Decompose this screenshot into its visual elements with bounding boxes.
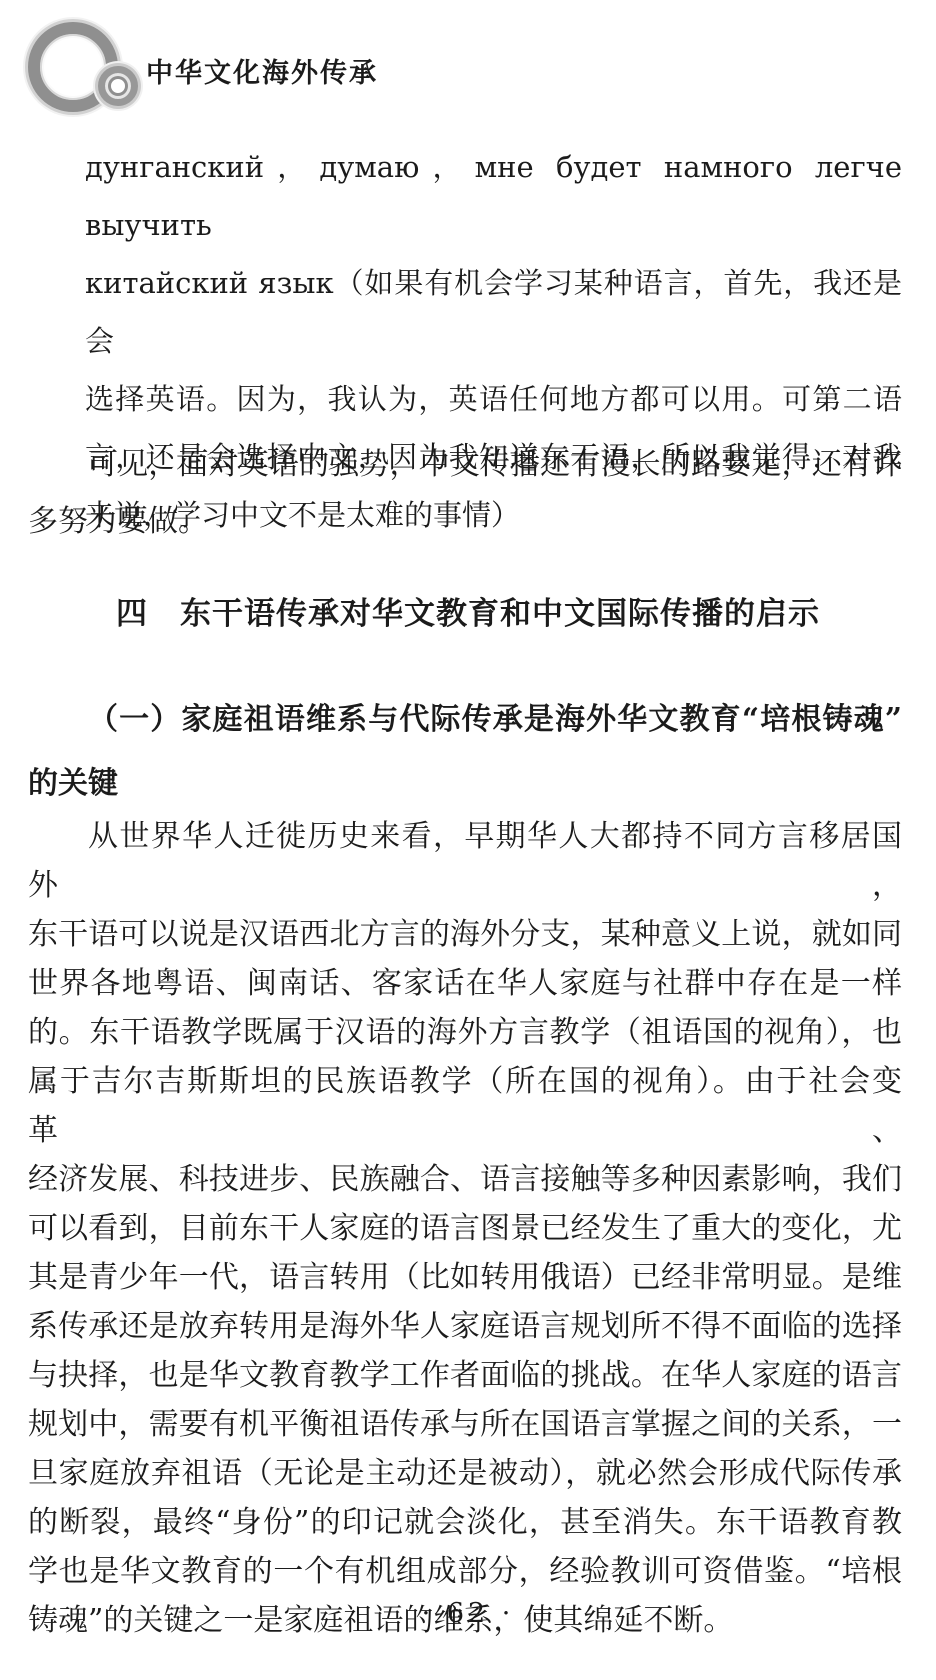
text-line: 从世界华人迁徙历史来看，早期华人大都持不同方言移居国外， [28,812,902,910]
text-line: 经济发展、科技进步、民族融合、语言接触等多种因素影响，我们 [28,1155,902,1204]
text-line: китайский язык（如果有机会学习某种语言，首先，我还是会 [85,254,902,370]
text-line: 与抉择，也是华文教育教学工作者面临的挑战。在华人家庭的语言 [28,1351,902,1400]
text-line: 可见，面对英语的强势，中文传播还有漫长的路要走，还有许 [28,436,902,493]
text-line: 世界各地粤语、闽南话、客家话在华人家庭与社群中存在是一样 [28,959,902,1008]
book-title: 中华文化海外传承 [146,51,378,90]
text-line: 属于吉尔吉斯斯坦的民族语教学（所在国的视角）。由于社会变革、 [28,1057,902,1155]
text-line: 可以看到，目前东干人家庭的语言图景已经发生了重大的变化，尤 [28,1204,902,1253]
text-line: 其是青少年一代，语言转用（比如转用俄语）已经非常明显。是维 [28,1253,902,1302]
text-line: 的。东干语教学既属于汉语的海外方言教学（祖语国的视角），也 [28,1008,902,1057]
text-line: 的关键 [28,752,902,816]
text-line: 规划中，需要有机平衡祖语传承与所在国语言掌握之间的关系，一 [28,1400,902,1449]
text-line: 的断裂，最终“身份”的印记就会淡化，甚至消失。东干语教育教 [28,1498,902,1547]
conclusion-paragraph: 可见，面对英语的强势，中文传播还有漫长的路要走，还有许多努力要做。 [28,436,902,550]
text-line: 学也是华文教育的一个有机组成部分，经验教训可资借鉴。“培根 [28,1547,902,1596]
text-line: 旦家庭放弃祖语（无论是主动还是被动），就必然会形成代际传承 [28,1449,902,1498]
page-header: 中华文化海外传承 [26,18,378,118]
text-line: 东干语可以说是汉语西北方言的海外分支，某种意义上说，就如同 [28,910,902,959]
text-line: 多努力要做。 [28,493,902,550]
small-ring-icon [98,66,138,106]
text-line: дунганский，думаю，мне будет намного легче… [85,138,902,254]
subsection-heading: （一）家庭祖语维系与代际传承是海外华文教育“培根铸魂”的关键 [28,688,902,816]
text-line: （一）家庭祖语维系与代际传承是海外华文教育“培根铸魂” [28,688,902,752]
page-number: · 62 · [0,1598,936,1629]
section-heading: 四 东干语传承对华文教育和中文国际传播的启示 [0,588,936,633]
book-page: 中华文化海外传承 дунганский，думаю，мне будет намн… [0,0,936,1680]
text-line: 选择英语。因为，我认为，英语任何地方都可以用。可第二语 [85,370,902,428]
rings-logo-icon [26,18,138,118]
text-line: 系传承还是放弃转用是海外华人家庭语言规划所不得不面临的选择 [28,1302,902,1351]
body-paragraph: 从世界华人迁徙历史来看，早期华人大都持不同方言移居国外，东干语可以说是汉语西北方… [28,812,902,1645]
